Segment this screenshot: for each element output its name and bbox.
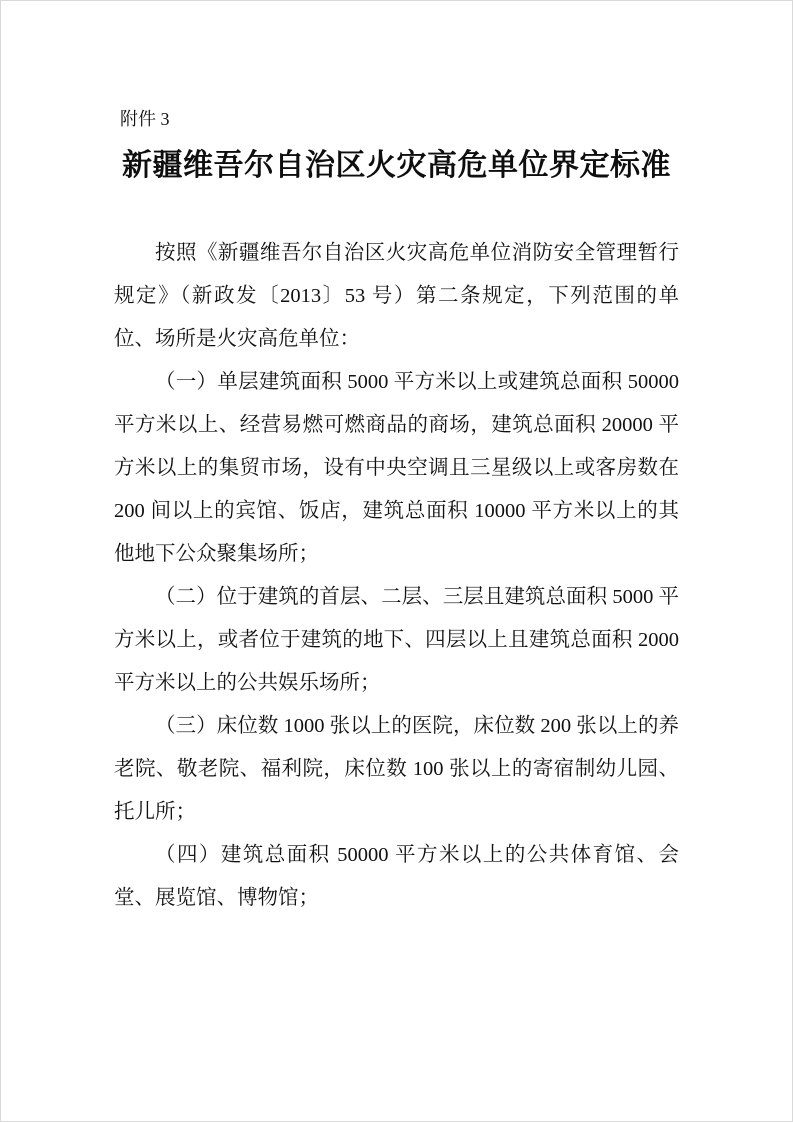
paragraph-item-2: （二）位于建筑的首层、二层、三层且建筑总面积 5000 平方米以上，或者位于建筑… [114, 576, 679, 705]
paragraph-item-3: （三）床位数 1000 张以上的医院，床位数 200 张以上的养老院、敬老院、福… [114, 705, 679, 834]
paragraph-intro: 按照《新疆维吾尔自治区火灾高危单位消防安全管理暂行规定》（新政发〔2013〕53… [114, 232, 679, 361]
paragraph-item-1: （一）单层建筑面积 5000 平方米以上或建筑总面积 50000 平方米以上、经… [114, 361, 679, 576]
document-body: 按照《新疆维吾尔自治区火灾高危单位消防安全管理暂行规定》（新政发〔2013〕53… [114, 232, 679, 920]
paragraph-item-4: （四）建筑总面积 50000 平方米以上的公共体育馆、会堂、展览馆、博物馆； [114, 834, 679, 920]
document-title: 新疆维吾尔自治区火灾高危单位界定标准 [1, 144, 792, 188]
document-page: 附件 3 新疆维吾尔自治区火灾高危单位界定标准 按照《新疆维吾尔自治区火灾高危单… [0, 0, 793, 1122]
attachment-label: 附件 3 [120, 108, 170, 130]
